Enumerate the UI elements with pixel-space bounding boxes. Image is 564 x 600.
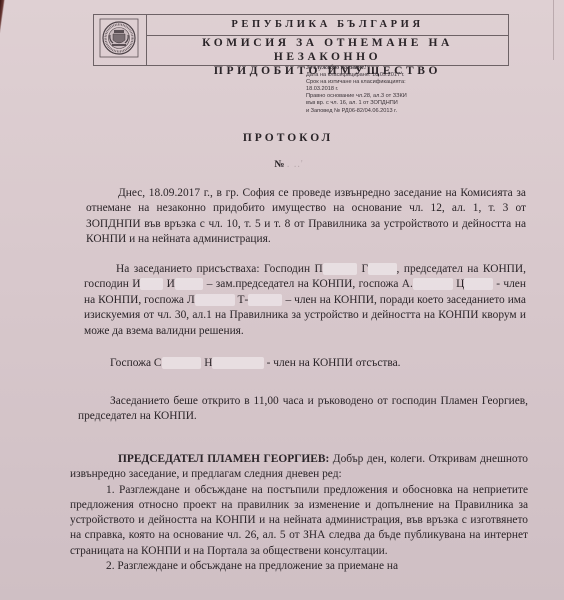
background-edge: [0, 0, 5, 40]
coat-of-arms-seal-icon: [99, 18, 139, 58]
paper-crease: [553, 0, 554, 60]
agenda-item-1: 1. Разглеждане и обсъждане на постъпили …: [70, 484, 528, 557]
attendees-text: – зам.председател на КОНПИ, госпожа А.: [207, 278, 413, 290]
attendees-text: Т-: [238, 294, 249, 306]
protocol-number: № . ..': [0, 159, 564, 170]
classification-label: За служебно ползване!: [306, 65, 476, 72]
redacted-name: xxxxxxx: [413, 278, 453, 290]
paragraph-opening-text: Заседанието беше открито в 11,00 часа и …: [78, 395, 528, 422]
letterhead: РЕПУБЛИКА БЪЛГАРИЯ КОМИСИЯ ЗА ОТНЕМАНЕ Н…: [93, 14, 509, 66]
classification-term-date: 18.03.2018 г.: [306, 86, 476, 93]
classification-term-label: Срок на изтичане на класификацията:: [306, 79, 476, 86]
redacted-name: xxxxx: [175, 278, 203, 290]
country-name: РЕПУБЛИКА БЪЛГАРИЯ: [147, 15, 508, 36]
redacted-name: xxxxxx: [323, 263, 357, 275]
paragraph-meeting-intro-text: Днес, 18.09.2017 г., в гр. София се пров…: [86, 187, 526, 245]
redacted-name: xxxxxx: [248, 294, 282, 306]
classification-basis-2: във вр. с чл. 16, ал. 1 от ЗОПДНПИ: [306, 100, 476, 107]
absent-text: Госпожа С: [110, 357, 162, 369]
document-page: РЕПУБЛИКА БЪЛГАРИЯ КОМИСИЯ ЗА ОТНЕМАНЕ Н…: [0, 0, 564, 600]
absent-text: - член на КОНПИ отсъства.: [267, 357, 401, 369]
emblem-cell: [94, 15, 147, 65]
speaker-name: ПРЕДСЕДАТЕЛ ПЛАМЕН ГЕОРГИЕВ:: [118, 453, 329, 465]
paragraph-opening: Заседанието беше открито в 11,00 часа и …: [78, 394, 528, 425]
redacted-name: xxxxxxxxx: [212, 357, 263, 369]
agency-name-line1: КОМИСИЯ ЗА ОТНЕМАНЕ НА НЕЗАКОННО: [147, 36, 508, 64]
redacted-name: xxxxx: [368, 263, 396, 275]
agency-name: КОМИСИЯ ЗА ОТНЕМАНЕ НА НЕЗАКОННО ПРИДОБИ…: [147, 36, 508, 65]
document-title: ПРОТОКОЛ: [0, 132, 564, 144]
number-value-redacted: . ..': [287, 159, 304, 170]
redacted-name: xxxxx: [464, 278, 492, 290]
paragraph-agenda: ПРЕДСЕДАТЕЛ ПЛАМЕН ГЕОРГИЕВ: Добър ден, …: [70, 452, 528, 574]
classification-basis-1: Правно основание чл.28, ал.3 от ЗЗКИ: [306, 93, 476, 100]
redacted-name: xxxxxxx: [162, 357, 202, 369]
classification-basis-3: и Заповед № РД06-82/04.06.2013 г.: [306, 108, 476, 115]
classification-date: Дата на класифициране: 18.09.2017 г.: [306, 72, 476, 79]
paragraph-attendees: На заседанието присъстваха: Господин Пxx…: [84, 262, 526, 339]
attendees-text: И: [167, 278, 175, 290]
paragraph-meeting-intro: Днес, 18.09.2017 г., в гр. София се пров…: [86, 186, 526, 248]
number-label: №: [274, 159, 284, 170]
redacted-name: xxxxxxx: [195, 294, 235, 306]
classification-stamp: За служебно ползване! Дата на класифицир…: [306, 65, 476, 115]
attendees-text: На заседанието присъстваха: Господин П: [116, 263, 323, 275]
paragraph-absent: Госпожа Сxxxxxxx Нxxxxxxxxx - член на КО…: [110, 356, 530, 371]
agenda-item-2: 2. Разглеждане и обсъждане на предложени…: [106, 560, 398, 572]
redacted-name: xxxx: [140, 278, 163, 290]
